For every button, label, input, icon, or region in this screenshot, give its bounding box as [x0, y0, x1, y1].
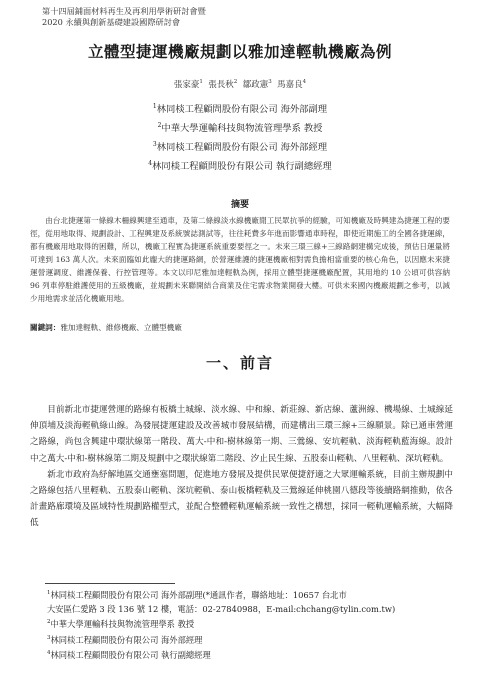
affiliation-text: 林同棪工程顧問股份有限公司 執行副總經理: [152, 161, 332, 172]
affiliation-text: 中華大學運輸科技與物流管理學系 教授: [161, 123, 322, 134]
affiliation-text: 林同棪工程顧問股份有限公司 海外部副理: [157, 104, 327, 115]
footnote-text: 林同棪工程顧問股份有限公司 執行副總經理: [51, 650, 211, 660]
conference-line-2: 2020 永續與創新基礎建設國際研討會: [42, 17, 206, 28]
paper-title: 立體型捷運機廠規劃以雅加達輕軌機廠為例: [0, 40, 480, 62]
keywords-text: 雅加達輕軌、維修機廠、立體型機廠: [60, 323, 182, 332]
conference-header: 第十四屆鋪面材料再生及再利用學術研討會暨 2020 永續與創新基礎建設國際研討會: [42, 6, 206, 28]
footnote-text: 大安區仁愛路 3 段 136 號 12 樓，電話：02-27840988，E-m…: [47, 604, 395, 614]
author-sup: 2: [234, 79, 238, 85]
footnote-text: 林同棪工程顧問股份有限公司 海外部經理: [51, 635, 203, 645]
section-heading: 一、前言: [0, 352, 480, 373]
footnote: 3林同棪工程顧問股份有限公司 海外部經理: [47, 632, 395, 648]
author-sup: 4: [303, 79, 307, 85]
keywords: 關鍵詞：雅加達輕軌、維修機廠、立體型機廠: [30, 322, 182, 333]
affiliation: 2中華大學運輸科技與物流管理學系 教授: [0, 120, 480, 134]
keywords-label: 關鍵詞：: [30, 323, 60, 332]
footnote-divider: [45, 583, 175, 584]
abstract-heading: 摘要: [0, 197, 480, 210]
author: 鄒政憲: [243, 80, 269, 90]
conference-line-1: 第十四屆鋪面材料再生及再利用學術研討會暨: [42, 6, 206, 17]
footnote: 大安區仁愛路 3 段 136 號 12 樓，電話：02-27840988，E-m…: [47, 603, 395, 617]
author: 馬嘉良: [277, 80, 303, 90]
body-paragraph: 新北市政府為紓解地區交通壅塞問題，促進地方發展及提供民眾便捷舒適之大眾運輸系統，…: [30, 467, 453, 532]
abstract-body: 由台北捷運第一條線木柵線興建至通車，及第二條線淡水線機廠閒工民眾抗爭的經驗，可知…: [30, 214, 450, 305]
author: 張家豪: [174, 80, 200, 90]
footnote-text: 林同棪工程顧問股份有限公司 海外部副理(*通訊作者，聯絡地址：10657 台北市: [51, 590, 347, 600]
affiliation: 3林同棪工程顧問股份有限公司 海外部經理: [0, 139, 480, 153]
footnote: 4林同棪工程顧問股份有限公司 執行副總經理: [47, 647, 395, 663]
footnote-text: 中華大學運輸科技與物流管理學系 教授: [51, 619, 195, 629]
author-list: 張家豪1 張長秋2 鄒政憲3 馬嘉良4: [0, 78, 480, 90]
author-sup: 1: [199, 79, 203, 85]
author: 張長秋: [208, 80, 234, 90]
affiliation: 1林同棪工程顧問股份有限公司 海外部副理: [0, 101, 480, 115]
affiliation: 4林同棪工程顧問股份有限公司 執行副總經理: [0, 158, 480, 172]
footnote: 2中華大學運輸科技與物流管理學系 教授: [47, 616, 395, 632]
abstract-paragraph: 由台北捷運第一條線木柵線興建至通車，及第二條線淡水線機廠閒工民眾抗爭的經驗，可知…: [30, 214, 450, 305]
footnotes: 1林同棪工程顧問股份有限公司 海外部副理(*通訊作者，聯絡地址：10657 台北…: [47, 587, 395, 663]
affiliation-text: 林同棪工程顧問股份有限公司 海外部經理: [157, 142, 327, 153]
section-body: 目前新北市捷運營運的路線有板橋土城線、淡水線、中和線、新莊線、新店線、蘆洲線、機…: [30, 402, 453, 532]
author-sup: 3: [268, 79, 272, 85]
body-paragraph: 目前新北市捷運營運的路線有板橋土城線、淡水線、中和線、新莊線、新店線、蘆洲線、機…: [30, 402, 453, 467]
footnote: 1林同棪工程顧問股份有限公司 海外部副理(*通訊作者，聯絡地址：10657 台北…: [47, 587, 395, 603]
